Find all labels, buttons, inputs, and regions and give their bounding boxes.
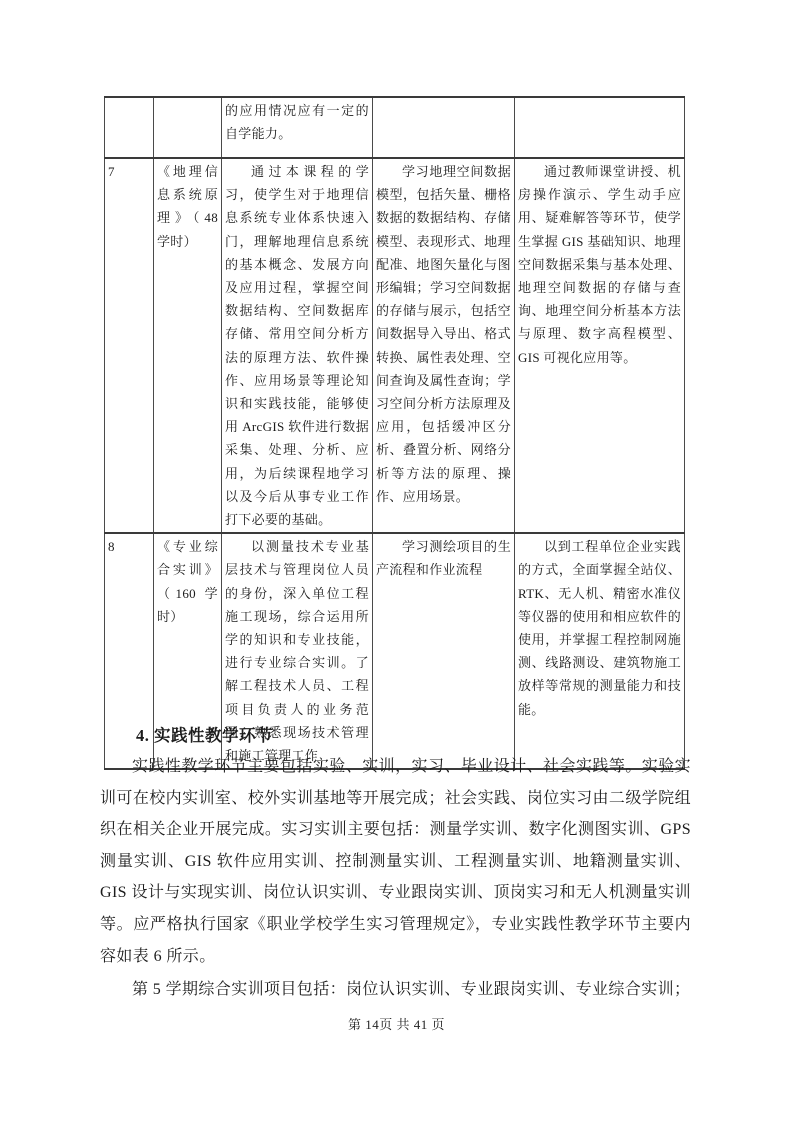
row-number-cell: 7: [105, 158, 154, 533]
teaching-method-cell: [515, 97, 685, 158]
teaching-method-text: 通过教师课堂讲授、机房操作演示、学生动手应用、疑难解答等环节，使学生掌握 GIS…: [518, 160, 681, 369]
page-number-footer: 第 14页 共 41 页: [0, 1014, 793, 1033]
table-row-continuation: 的应用情况应有一定的自学能力。: [105, 97, 685, 158]
document-page: 的应用情况应有一定的自学能力。 7 《地理信息系统原理》（48 学时） 通过本课…: [0, 0, 793, 1122]
course-goal-text: 通过本课程的学习，使学生对于地理信息系统专业体系快速入门，理解地理信息系统的基本…: [225, 160, 369, 531]
teaching-method-text: 以到工程单位企业实践的方式，全面掌握全站仪、RTK、无人机、精密水准仪等仪器的使…: [518, 535, 681, 721]
section-practical-teaching: 4. 实践性教学环节 实践性教学环节主要包括实验、实训，实习、毕业设计、社会实践…: [100, 719, 691, 1006]
course-name-cell: 《地理信息系统原理》（48 学时）: [154, 158, 222, 533]
row-number-cell: [105, 97, 154, 158]
table-row-7: 7 《地理信息系统原理》（48 学时） 通过本课程的学习，使学生对于地理信息系统…: [105, 158, 685, 533]
course-goal-text: 的应用情况应有一定的自学能力。: [225, 99, 369, 145]
curriculum-table: 的应用情况应有一定的自学能力。 7 《地理信息系统原理》（48 学时） 通过本课…: [104, 96, 685, 770]
course-goal-cell: 的应用情况应有一定的自学能力。: [222, 97, 373, 158]
course-content-text: 学习地理空间数据模型，包括矢量、栅格数据的数据结构、存储模型、表现形式、地理配准…: [376, 160, 511, 508]
course-content-text: 学习测绘项目的生产流程和作业流程: [376, 535, 511, 581]
course-content-cell: 学习地理空间数据模型，包括矢量、栅格数据的数据结构、存储模型、表现形式、地理配准…: [373, 158, 515, 533]
semester5-projects-paragraph: 第 5 学期综合实训项目包括：岗位认识实训、专业跟岗实训、专业综合实训；: [100, 974, 691, 1006]
teaching-method-cell: 通过教师课堂讲授、机房操作演示、学生动手应用、疑难解答等环节，使学生掌握 GIS…: [515, 158, 685, 533]
course-goal-cell: 通过本课程的学习，使学生对于地理信息系统专业体系快速入门，理解地理信息系统的基本…: [222, 158, 373, 533]
course-content-cell: [373, 97, 515, 158]
course-name-cell: [154, 97, 222, 158]
practice-overview-paragraph: 实践性教学环节主要包括实验、实训，实习、毕业设计、社会实践等。实验实训可在校内实…: [100, 751, 691, 972]
section-heading: 4. 实践性教学环节: [100, 719, 691, 749]
